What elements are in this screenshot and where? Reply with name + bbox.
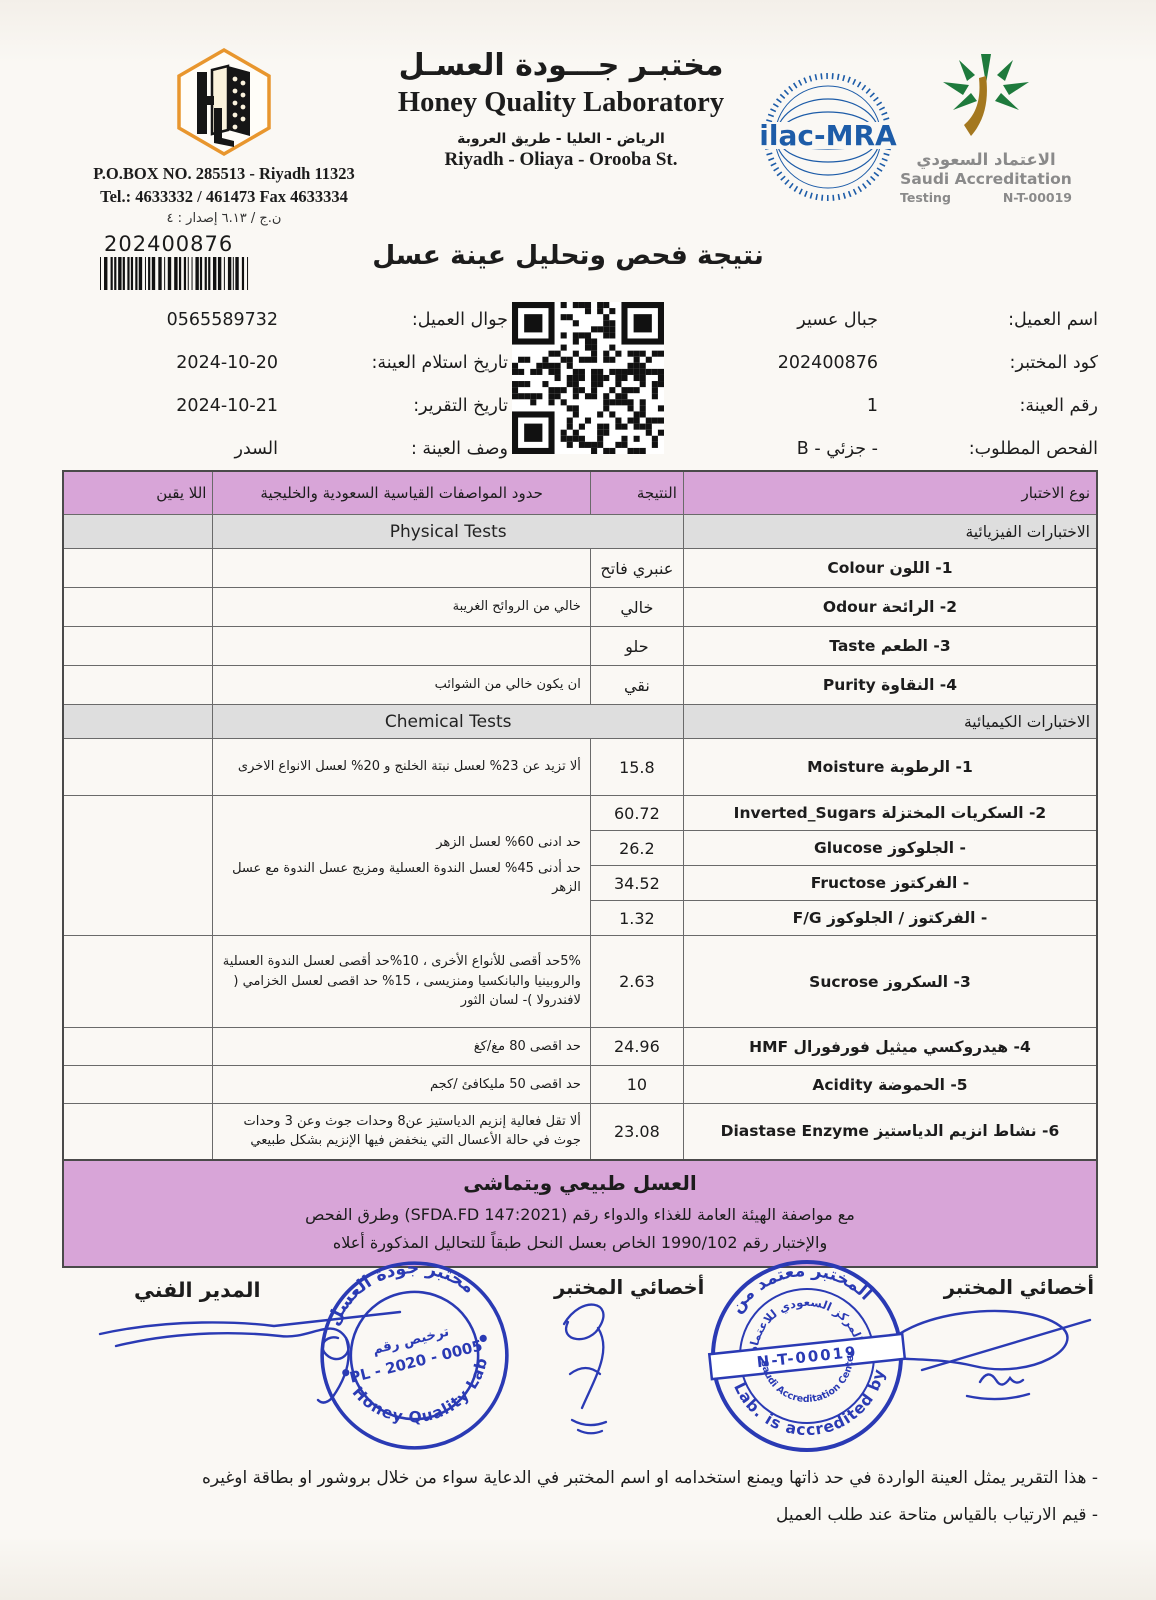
diastase-result: 23.08	[590, 1104, 683, 1160]
required-test-row: الفحص المطلوب: - جزئي - B	[668, 427, 1098, 470]
lab-title-block: مختبـر جـــودة العسـل Honey Quality Labo…	[368, 48, 754, 171]
table-row-colour: 1- اللون Colour عنبري فاتح	[63, 549, 1097, 588]
form-issue-note: ن.ج / ٦.١٣ إصدار : ٤	[88, 211, 360, 226]
barcode-svg	[100, 257, 252, 290]
lab-po-box: P.O.BOX NO. 285513 - Riyadh 11323	[88, 164, 360, 185]
chemical-section-arabic: الاختبارات الكيميائية	[683, 705, 1097, 739]
ilac-mra-logo: ilac-MRA	[758, 70, 898, 209]
svg-text:ilac-MRA: ilac-MRA	[759, 119, 897, 152]
sample-description-value: السدر	[62, 439, 278, 459]
col-header-result: النتيجة	[590, 471, 683, 515]
barcode-number: 202400876	[104, 232, 260, 256]
inverted-sugars-result: 60.72	[590, 796, 683, 831]
lab-code-value: 202400876	[668, 353, 878, 373]
qr-code	[512, 302, 664, 454]
taste-result: حلو	[590, 627, 683, 666]
table-row-diastase: 6- نشاط انزيم الدياستيز Diastase Enzyme …	[63, 1104, 1097, 1160]
ilac-mra-globe-icon: ilac-MRA	[758, 70, 898, 205]
client-info-right-column: اسم العميل: جبال عسير كود المختبر: 20240…	[668, 298, 1098, 470]
colour-limits	[213, 549, 590, 588]
acidity-uncertainty	[63, 1066, 213, 1104]
physical-section-spacer	[63, 515, 213, 549]
sample-description-row: وصف العينة : السدر	[62, 427, 508, 470]
report-date-label: تاريخ التقرير:	[338, 396, 508, 416]
required-test-label: الفحص المطلوب:	[923, 439, 1098, 459]
table-row-hmf: 4- هيدروكسي ميثيل فورفورال HMF 24.96 حد …	[63, 1028, 1097, 1066]
purity-result: نقي	[590, 666, 683, 705]
saudi-accreditation-arabic: الاعتماد السعودي	[898, 150, 1074, 169]
lab-code-label: كود المختبر:	[923, 353, 1098, 373]
results-section: نوع الاختبار النتيجة حدود المواصفات القي…	[62, 470, 1098, 1268]
odour-uncertainty	[63, 588, 213, 627]
lab-name-english: Honey Quality Laboratory	[368, 87, 754, 119]
physical-section-english: Physical Tests	[213, 515, 683, 549]
saudi-accreditation-code: N-T-00019	[1003, 190, 1072, 205]
table-header-row: نوع الاختبار النتيجة حدود المواصفات القي…	[63, 471, 1097, 515]
sample-number-label: رقم العينة:	[923, 396, 1098, 416]
colour-uncertainty	[63, 549, 213, 588]
signatures-section: أخصائي المختبر المختبر معتمد من المركز ا…	[62, 1256, 1098, 1462]
table-row-inverted-sugars: 2- السكريات المختزلة Inverted_Sugars 60.…	[63, 796, 1097, 831]
hmf-uncertainty	[63, 1028, 213, 1066]
received-date-row: تاريخ استلام العينة: 2024-10-20	[62, 341, 508, 384]
colour-result: عنبري فاتح	[590, 549, 683, 588]
accreditation-stamp: المختبر معتمد من المركز السعودي للاعتماد…	[697, 1246, 917, 1466]
sucrose-uncertainty	[63, 936, 213, 1028]
col-header-test-type: نوع الاختبار	[683, 471, 1097, 515]
taste-limits	[213, 627, 590, 666]
diastase-uncertainty	[63, 1104, 213, 1160]
diastase-limits: ألا تقل فعالية إنزيم الدياستيز عن8 وحدات…	[213, 1104, 590, 1160]
col-header-limits: حدود المواصفات القياسية السعودية والخليج…	[213, 471, 590, 515]
hmf-result: 24.96	[590, 1028, 683, 1066]
purity-uncertainty	[63, 666, 213, 705]
footnotes: - هذا التقرير يمثل العينة الواردة في حد …	[62, 1468, 1098, 1525]
client-mobile-row: جوال العميل: 0565589732	[62, 298, 508, 341]
purity-limits: ان يكون خالي من الشوائب	[213, 666, 590, 705]
honey-lab-hexagon-logo-icon	[172, 46, 276, 158]
sucrose-limits: 5%حد أقصى للأنواع الأخرى ، 10%حد أقصى لع…	[213, 936, 590, 1028]
saudi-accreditation-testing-label: Testing	[900, 190, 951, 205]
client-info-left-column: جوال العميل: 0565589732 تاريخ استلام الع…	[62, 298, 508, 470]
hmf-limits: حد اقصى 80 مغ/كغ	[213, 1028, 590, 1066]
table-row-odour: 2- الرائحة Odour خالي خالي من الروائح ال…	[63, 588, 1097, 627]
table-row-taste: 3- الطعم Taste حلو	[63, 627, 1097, 666]
conclusion-standard-ref: مع مواصفة الهيئة العامة للغذاء والدواء ر…	[88, 1205, 1072, 1224]
conclusion-test-ref: والإختبار رقم 1990/102 الخاص بعسل النحل …	[88, 1233, 1072, 1252]
saudi-accreditation-english: Saudi Accreditation	[898, 170, 1074, 188]
conclusion-box: العسل طبيعي ويتماشى مع مواصفة الهيئة الع…	[62, 1161, 1098, 1268]
lab-name-arabic: مختبـر جـــودة العسـل	[368, 48, 754, 83]
lab-address-arabic: الرياض - العليا - طريق العروبة	[368, 131, 754, 147]
table-row-moisture: 1- الرطوبة Moisture 15.8 ألا تزيد عن 23%…	[63, 739, 1097, 796]
lab-logo-block: P.O.BOX NO. 285513 - Riyadh 11323 Tel.: …	[88, 46, 360, 226]
required-test-value: - جزئي - B	[668, 439, 878, 459]
chemical-section-spacer	[63, 705, 213, 739]
client-mobile-label: جوال العميل:	[338, 310, 508, 330]
received-date-label: تاريخ استلام العينة:	[338, 353, 508, 373]
conclusion-headline: العسل طبيعي ويتماشى	[88, 1171, 1072, 1195]
glucose-result: 26.2	[590, 831, 683, 866]
moisture-uncertainty	[63, 739, 213, 796]
saudi-accreditation-palm-icon	[901, 48, 1071, 144]
physical-section-arabic: الاختبارات الفيزيائية	[683, 515, 1097, 549]
lab-tel-fax: Tel.: 4633332 / 461473 Fax 4633334	[88, 187, 360, 208]
sugars-limits: حد ادنى 60% لعسل الزهر حد أدنى 45% لعسل …	[213, 796, 590, 936]
moisture-result: 15.8	[590, 739, 683, 796]
taste-uncertainty	[63, 627, 213, 666]
footnote-usage: - هذا التقرير يمثل العينة الواردة في حد …	[62, 1468, 1098, 1488]
qr-block	[508, 298, 668, 470]
chemical-section-english: Chemical Tests	[213, 705, 683, 739]
moisture-limits: ألا تزيد عن 23% لعسل نبتة الخلنج و 20% ل…	[213, 739, 590, 796]
lab-specialist-middle-signature	[512, 1288, 662, 1448]
saudi-accreditation-logo: الاعتماد السعودي Saudi Accreditation Tes…	[898, 48, 1074, 205]
table-row-purity: 4- النقاوة Purity نقي ان يكون خالي من ال…	[63, 666, 1097, 705]
table-row-acidity: 5- الحموضة Acidity 10 حد اقصى 50 مليكافئ…	[63, 1066, 1097, 1104]
odour-result: خالي	[590, 588, 683, 627]
sample-description-label: وصف العينة :	[338, 439, 508, 459]
lab-code-row: كود المختبر: 202400876	[668, 341, 1098, 384]
client-info-section: اسم العميل: جبال عسير كود المختبر: 20240…	[62, 298, 1098, 470]
report-title: نتيجة فحص وتحليل عينة عسل	[368, 240, 768, 271]
chemical-section-row: الاختبارات الكيميائية Chemical Tests	[63, 705, 1097, 739]
fructose-result: 34.52	[590, 866, 683, 901]
odour-limits: خالي من الروائح الغريبة	[213, 588, 590, 627]
barcode-block: 202400876	[100, 232, 260, 294]
technical-manager-signature	[92, 1292, 422, 1412]
report-date-value: 2024-10-21	[62, 396, 278, 416]
lab-address-english: Riyadh - Oliaya - Orooba St.	[368, 149, 754, 171]
client-name-value: جبال عسير	[668, 310, 878, 330]
physical-section-row: الاختبارات الفيزيائية Physical Tests	[63, 515, 1097, 549]
sample-number-row: رقم العينة: 1	[668, 384, 1098, 427]
received-date-value: 2024-10-20	[62, 353, 278, 373]
sample-number-value: 1	[668, 396, 878, 416]
sucrose-result: 2.63	[590, 936, 683, 1028]
results-table: نوع الاختبار النتيجة حدود المواصفات القي…	[62, 470, 1098, 1161]
client-mobile-value: 0565589732	[62, 310, 278, 330]
acidity-result: 10	[590, 1066, 683, 1104]
footnote-uncertainty: - قيم الارتياب بالقياس متاحة عند طلب الع…	[62, 1505, 1098, 1525]
sugars-uncertainty	[63, 796, 213, 936]
client-name-label: اسم العميل:	[923, 310, 1098, 330]
acidity-limits: حد اقصى 50 مليكافئ /كجم	[213, 1066, 590, 1104]
fg-ratio-result: 1.32	[590, 901, 683, 936]
table-row-sucrose: 3- السكروز Sucrose 2.63 5%حد أقصى للأنوا…	[63, 936, 1097, 1028]
client-name-row: اسم العميل: جبال عسير	[668, 298, 1098, 341]
col-header-uncertainty: اللا يقين	[63, 471, 213, 515]
report-date-row: تاريخ التقرير: 2024-10-21	[62, 384, 508, 427]
